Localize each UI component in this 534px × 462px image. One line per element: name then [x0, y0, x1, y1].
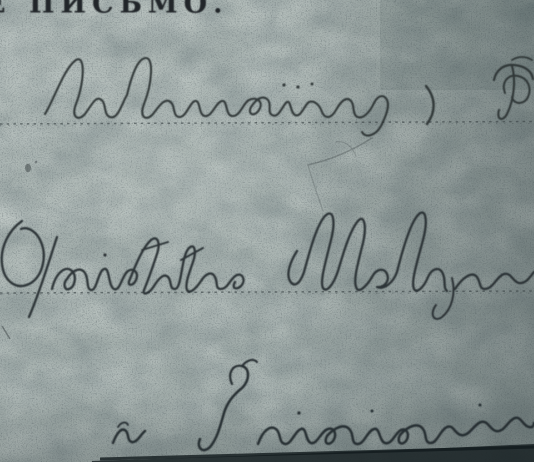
printed-heading-row: Е ПИСЬМО.	[0, 0, 229, 20]
paper-light-patch	[40, 60, 320, 300]
printed-heading-fragment: Е	[0, 0, 12, 20]
scanned-document: Е ПИСЬМО.	[0, 0, 534, 462]
printed-heading-title: ПИСЬМО.	[29, 0, 229, 20]
document-scan-canvas: Е ПИСЬМО.	[0, 0, 534, 462]
